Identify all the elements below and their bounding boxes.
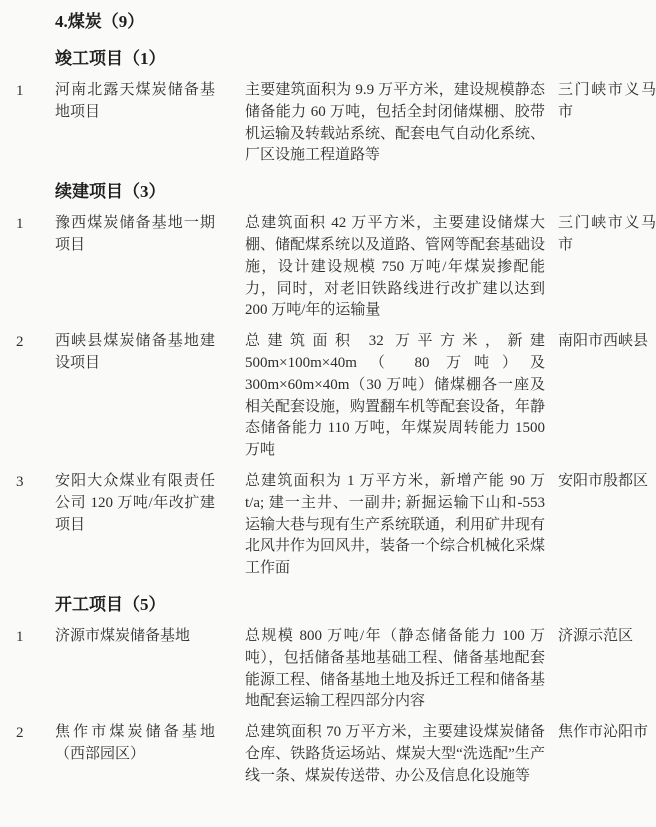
project-description: 总规模 800 万吨/年（静态储备能力 100 万吨），包括储备基地基础工程、储… (245, 626, 558, 713)
row-number: 1 (16, 213, 55, 322)
table-row: 3 安阳大众煤业有限责任公司 120 万吨/年改扩建项目 总建筑面积为 1 万平… (16, 471, 656, 580)
project-name: 安阳大众煤业有限责任公司 120 万吨/年改扩建项目 (55, 471, 245, 580)
project-location: 南阳市西峡县 (558, 331, 656, 462)
section-heading-completed: 竣工项目（1） (55, 47, 656, 71)
project-location: 焦作市沁阳市 (558, 722, 656, 787)
section-heading-continuing: 续建项目（3） (55, 180, 656, 204)
section-heading-starting: 开工项目（5） (55, 593, 656, 617)
page-title: 4.煤炭（9） (55, 10, 656, 34)
row-number: 1 (16, 626, 55, 713)
table-row: 1 河南北露天煤炭储备基地项目 主要建筑面积为 9.9 万平方米，建设规模静态储… (16, 80, 656, 167)
row-number: 2 (16, 722, 55, 787)
project-name: 河南北露天煤炭储备基地项目 (55, 80, 245, 167)
project-description: 总建筑面积为 1 万平方米，新增产能 90 万 t/a; 建一主井、一副井; 新… (245, 471, 558, 580)
project-location: 济源示范区 (558, 626, 656, 713)
table-row: 2 西峡县煤炭储备基地建设项目 总建筑面积 32 万平方米，新建 500m×10… (16, 331, 656, 462)
project-description: 主要建筑面积为 9.9 万平方米，建设规模静态储备能力 60 万吨，包括全封闭储… (245, 80, 558, 167)
project-name: 豫西煤炭储备基地一期项目 (55, 213, 245, 322)
project-location: 安阳市殷都区 (558, 471, 656, 580)
table-row: 2 焦作市煤炭储备基地（西部园区） 总建筑面积 70 万平方米，主要建设煤炭储备… (16, 722, 656, 787)
project-description: 总建筑面积 42 万平方米，主要建设储煤大棚、储配煤系统以及道路、管网等配套基础… (245, 213, 558, 322)
row-number: 1 (16, 80, 55, 167)
document-page: 4.煤炭（9） 竣工项目（1） 1 河南北露天煤炭储备基地项目 主要建筑面积为 … (0, 0, 656, 827)
project-location: 三门峡市义马市 (558, 213, 656, 322)
project-name: 焦作市煤炭储备基地（西部园区） (55, 722, 245, 787)
project-location: 三门峡市义马市 (558, 80, 656, 167)
project-name: 济源市煤炭储备基地 (55, 626, 245, 713)
table-row: 1 豫西煤炭储备基地一期项目 总建筑面积 42 万平方米，主要建设储煤大棚、储配… (16, 213, 656, 322)
row-number: 2 (16, 331, 55, 462)
row-number: 3 (16, 471, 55, 580)
project-description: 总建筑面积 32 万平方米，新建 500m×100m×40m（ 80 万吨）及 … (245, 331, 558, 462)
table-row: 1 济源市煤炭储备基地 总规模 800 万吨/年（静态储备能力 100 万吨），… (16, 626, 656, 713)
project-description: 总建筑面积 70 万平方米，主要建设煤炭储备仓库、铁路货运场站、煤炭大型“洗选配… (245, 722, 558, 787)
project-name: 西峡县煤炭储备基地建设项目 (55, 331, 245, 462)
